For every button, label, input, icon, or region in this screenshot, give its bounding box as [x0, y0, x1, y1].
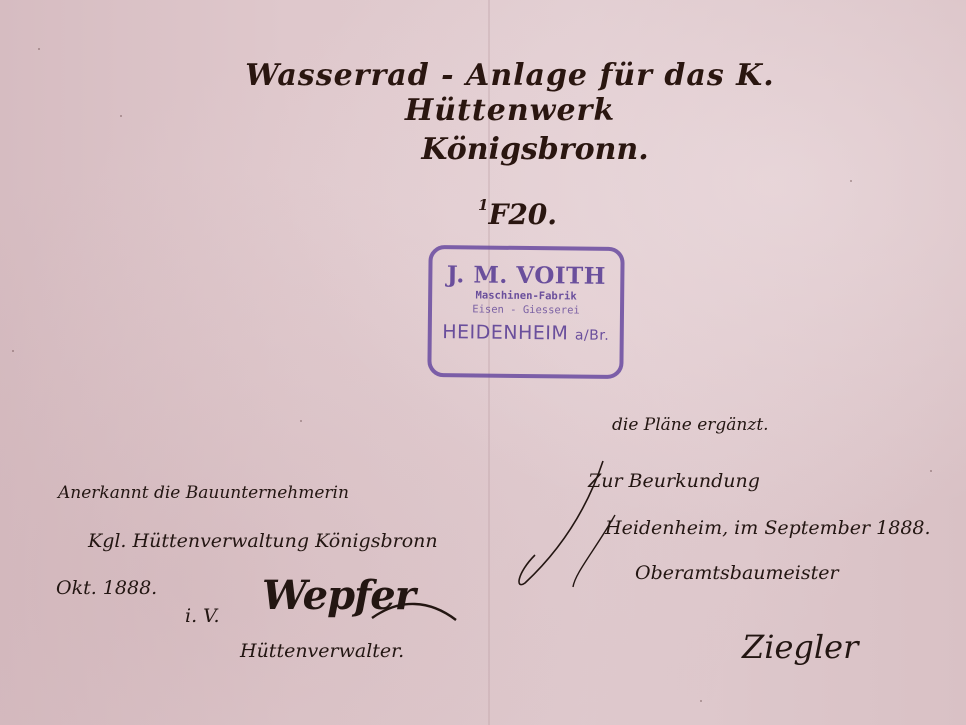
right-place-date-line: Heidenheim, im September 1888. [605, 517, 931, 539]
left-signature: Wepfer [262, 572, 415, 619]
left-signature-title: Hüttenverwalter. [240, 640, 404, 662]
stamp-company-name: J. M. VOITH [432, 261, 620, 290]
right-signature: Ziegler [742, 628, 858, 666]
stamp-line-foundry: Eisen - Giesserei [432, 302, 620, 318]
drawing-reference-number: 1F20. [478, 196, 557, 231]
paper-speck [930, 470, 932, 472]
stamp-city-suffix: a/Br. [575, 328, 609, 344]
left-signature-prefix: i. V. [185, 605, 220, 627]
stamp-city: HEIDENHEIM a/Br. [432, 321, 620, 345]
paper-speck [300, 420, 302, 422]
company-stamp: J. M. VOITH Maschinen-Fabrik Eisen - Gie… [427, 245, 624, 379]
right-official-title: Oberamtsbaumeister [635, 562, 839, 584]
paper-speck [38, 48, 40, 50]
document-subtitle: Königsbronn. [400, 132, 670, 167]
right-plans-note: die Pläne ergänzt. [612, 415, 769, 435]
document-title: Wasserrad - Anlage für das K. Hüttenwerk [150, 58, 870, 128]
left-acknowledgement-line: Anerkannt die Bauunternehmerin [58, 483, 349, 503]
left-date: Okt. 1888. [56, 577, 157, 599]
paper-speck [850, 180, 852, 182]
reference-numerator: 1 [478, 196, 488, 214]
left-administration-line: Kgl. Hüttenverwaltung Königsbronn [88, 530, 438, 552]
stamp-city-name: HEIDENHEIM [442, 321, 568, 344]
reference-letter: F [488, 198, 508, 231]
right-certification-line: Zur Beurkundung [588, 470, 760, 492]
paper-speck [700, 700, 702, 702]
paper-speck [120, 115, 122, 117]
reference-denominator: 20. [508, 198, 557, 231]
paper-speck [12, 350, 14, 352]
